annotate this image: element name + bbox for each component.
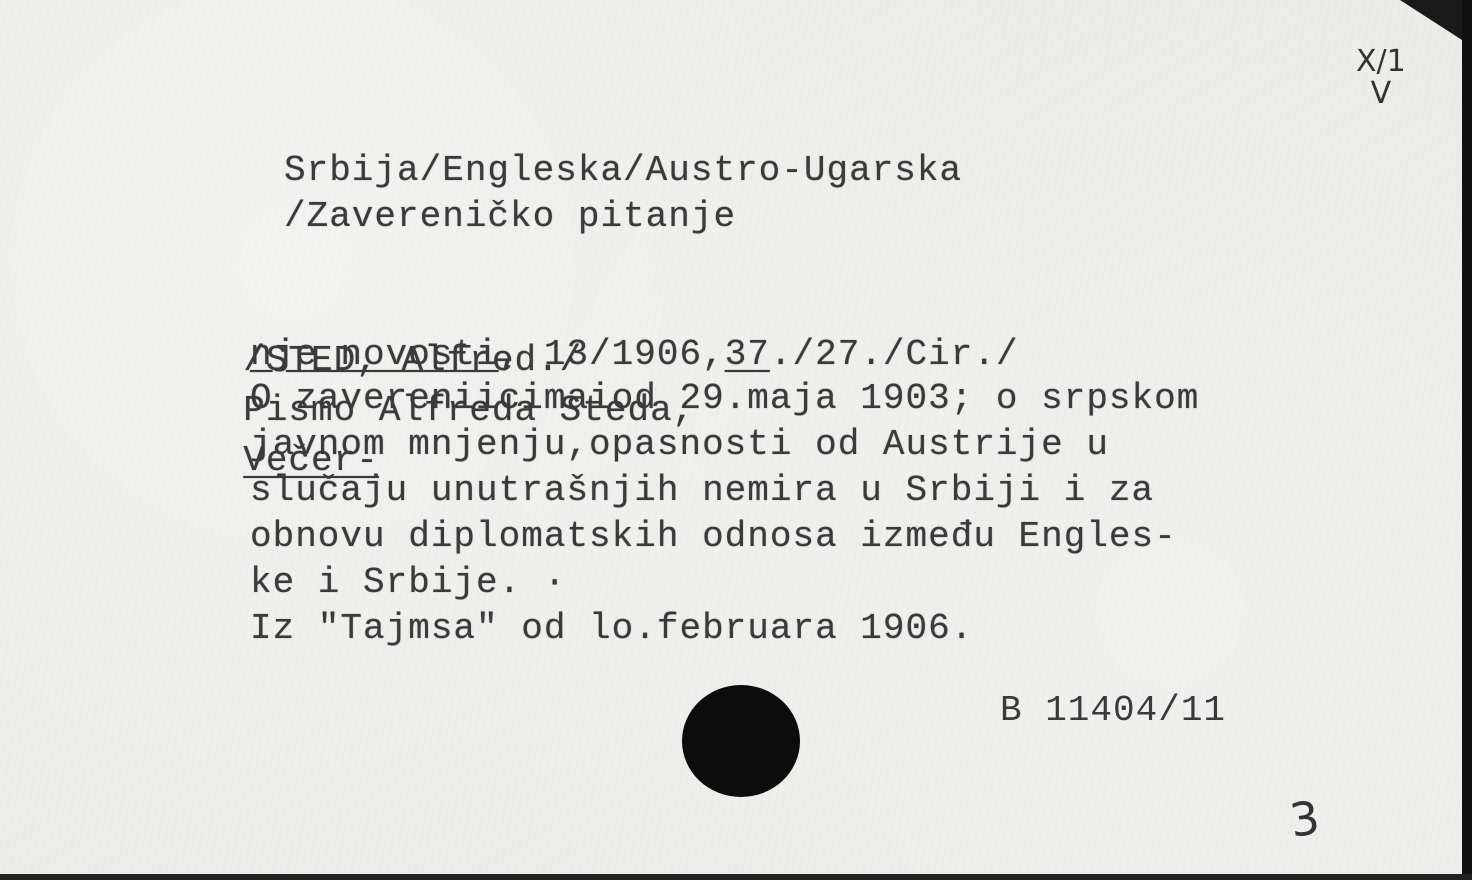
subject-heading-line-2: /Zavereničko pitanje xyxy=(284,194,736,240)
reference-number: B 11404/11 xyxy=(1000,690,1226,731)
abstract-line: slučaju unutrašnjih nemira u Srbiji i za xyxy=(250,466,1154,516)
publication-name-cont: nje novosti xyxy=(250,334,499,375)
abstract-line: obnovu diplomatskih odnosa između Engles… xyxy=(250,512,1177,562)
punch-hole xyxy=(682,685,800,797)
corner-mark-top: X/1 xyxy=(1356,46,1406,78)
abstract-line: O zavereniicimaiod 29.maja 1903; o srpsk… xyxy=(250,374,1199,424)
corner-mark-bottom: V xyxy=(1356,78,1406,110)
issue-number: 37 xyxy=(725,334,770,375)
source-line: Iz "Tajmsa" od lo.februara 1906. xyxy=(250,604,973,654)
card-edge-shadow-right xyxy=(1462,0,1472,880)
abstract-line: ke i Srbije. · xyxy=(250,558,566,608)
corner-mark: X/1 V xyxy=(1356,46,1406,110)
entry-line-2: nje novosti, 13/1906,37./27./Cir./ xyxy=(250,330,1019,380)
subject-heading-line-1: Srbija/Engleska/Austro-Ugarska xyxy=(284,148,962,194)
abstract-line: javnom mnjenju,opasnosti od Austrije u xyxy=(250,420,1109,470)
issue-info: , 13/1906, xyxy=(499,334,725,375)
card-edge-shadow-bottom xyxy=(0,874,1472,880)
issue-rest: ./27./Cir./ xyxy=(770,334,1019,375)
